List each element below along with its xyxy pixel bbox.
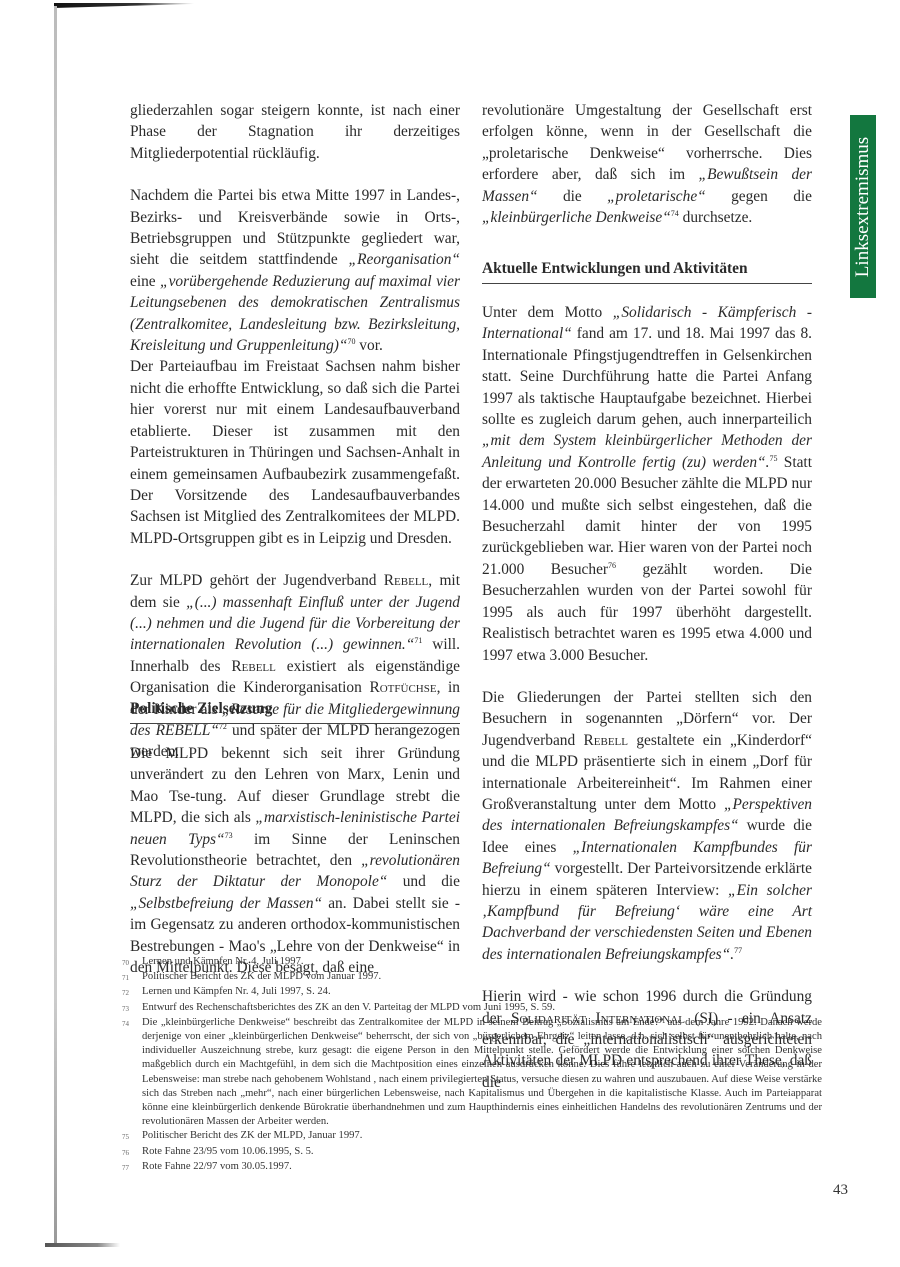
footnote: 77Rote Fahne 22/97 vom 30.05.1997. <box>122 1160 822 1175</box>
footnote: 75Politischer Bericht des ZK der MLPD, J… <box>122 1129 822 1144</box>
footnote-ref: 74 <box>671 209 679 218</box>
paragraph: Die Gliederungen der Partei stellten sic… <box>482 687 812 965</box>
section-tab-label: Linksextremismus <box>852 136 874 276</box>
paragraph: gliederzahlen sogar steigern konnte, ist… <box>130 100 460 164</box>
paragraph: Der Parteiaufbau im Freistaat Sachsen na… <box>130 356 460 549</box>
scan-edge-top <box>54 3 194 8</box>
footnote: 73Entwurf des Rechenschaftsberichtes des… <box>122 1001 822 1016</box>
paragraph: Nachdem die Partei bis etwa Mitte 1997 i… <box>130 185 460 356</box>
footnote: 70Lernen und Kämpfen Nr. 4, Juli 1997. <box>122 955 822 970</box>
footnote: 72Lernen und Kämpfen Nr. 4, Juli 1997, S… <box>122 985 822 1000</box>
left-column-lower: Die MLPD bekennt sich seit ihrer Gründun… <box>130 743 460 978</box>
footnote: 76Rote Fahne 23/95 vom 10.06.1995, S. 5. <box>122 1145 822 1160</box>
footnote: 71Politischer Bericht des ZK der MLPD vo… <box>122 970 822 985</box>
footnote-ref: 77 <box>734 946 742 955</box>
right-column: revolutionäre Umgestaltung der Gesellsch… <box>482 100 812 228</box>
section-heading: Aktuelle Entwicklungen und Aktivitäten <box>482 260 812 284</box>
footnotes: 70Lernen und Kämpfen Nr. 4, Juli 1997. 7… <box>122 955 822 1175</box>
footnote-ref: 76 <box>608 561 616 570</box>
paragraph: revolutionäre Umgestaltung der Gesellsch… <box>482 100 812 228</box>
paragraph: Zur MLPD gehört der Jugendverband Rebell… <box>130 570 460 763</box>
page-number: 43 <box>833 1182 848 1199</box>
footnote-ref: 73 <box>225 831 233 840</box>
paragraph: Unter dem Motto „Solidarisch - Kämpferis… <box>482 302 812 666</box>
scan-edge-bottom <box>45 1243 120 1247</box>
section-heading: Politische Zielsetzung <box>130 700 460 724</box>
scan-edge-left <box>54 6 57 1244</box>
footnote: 74Die „kleinbürgerliche Denkweise“ besch… <box>122 1016 822 1130</box>
section-tab: Linksextremismus <box>850 115 876 298</box>
paragraph: Die MLPD bekennt sich seit ihrer Gründun… <box>130 743 460 978</box>
left-column: gliederzahlen sogar steigern konnte, ist… <box>130 100 460 763</box>
